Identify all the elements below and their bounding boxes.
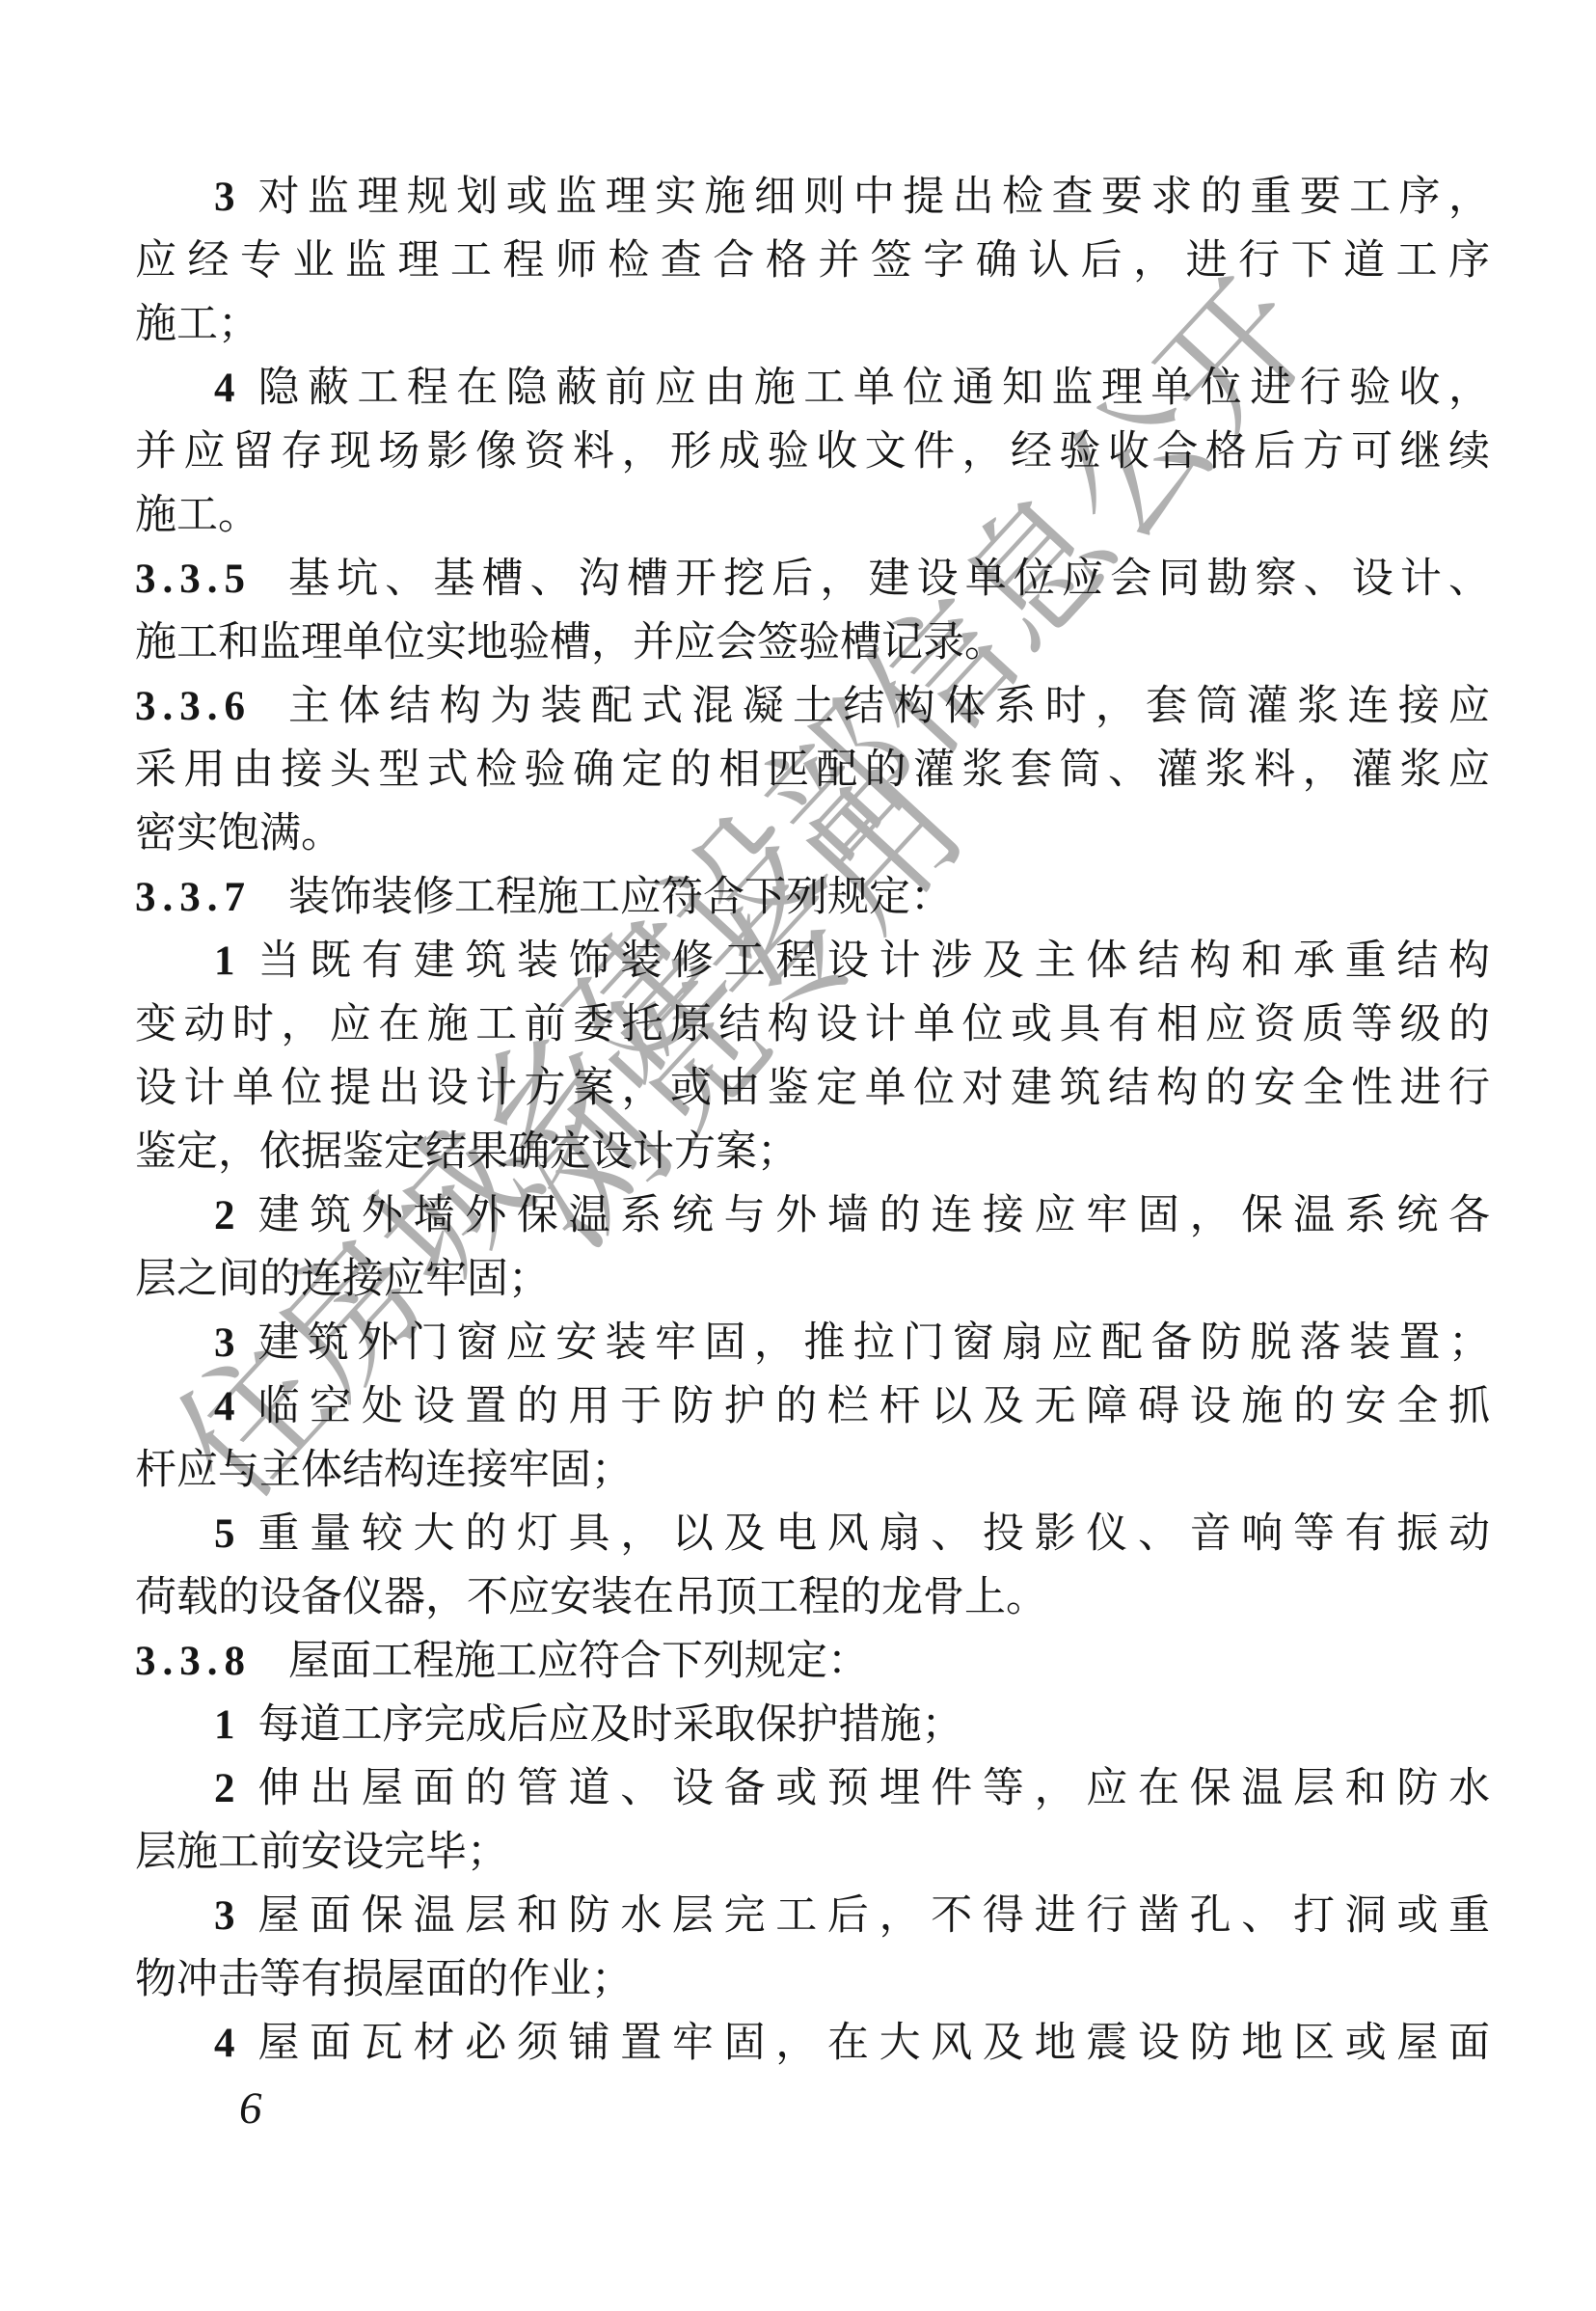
document-page: 住房城乡建设部信息公开 浏览专用 3 对监理规划或监理实施细则中提出检查要求的重… (0, 0, 1596, 2311)
text-line: 施工和监理单位实地验槽，并应会签验槽记录。 (135, 612, 1490, 675)
clause-text: 重量较大的灯具，以及电风扇、投影仪、音响等有振动 (258, 1503, 1491, 1566)
clause-text: 屋面工程施工应符合下列规定： (288, 1630, 869, 1694)
clause-text: 当既有建筑装饰装修工程设计涉及主体结构和承重结构 (258, 930, 1491, 993)
clause-text: 层之间的连接应牢固； (135, 1248, 550, 1312)
clause-number: 2 (214, 1184, 235, 1248)
clause-number: 3 (214, 1885, 235, 1948)
clause-text: 主体结构为装配式混凝土结构体系时，套筒灌浆连接应 (288, 675, 1490, 739)
clause-text: 屋面保温层和防水层完工后，不得进行凿孔、打洞或重 (258, 1885, 1491, 1948)
text-line: 并应留存现场影像资料，形成验收文件，经验收合格后方可继续 (135, 421, 1490, 484)
clause-text: 并应留存现场影像资料，形成验收文件，经验收合格后方可继续 (135, 421, 1490, 484)
text-line: 应经专业监理工程师检查合格并签字确认后，进行下道工序 (135, 230, 1490, 293)
clause-text: 采用由接头型式检验确定的相匹配的灌浆套筒、灌浆料，灌浆应 (135, 739, 1490, 802)
clause-text: 层施工前安设完毕； (135, 1821, 508, 1885)
text-line: 施工； (135, 293, 1490, 357)
text-line: 5 重量较大的灯具，以及电风扇、投影仪、音响等有振动 (135, 1503, 1490, 1566)
clause-number: 4 (214, 357, 235, 421)
clause-number: 3.3.7 (135, 866, 252, 930)
text-line: 2 建筑外墙外保温系统与外墙的连接应牢固，保温系统各 (135, 1184, 1490, 1248)
clause-text: 基坑、基槽、沟槽开挖后，建设单位应会同勘察、设计、 (288, 548, 1490, 612)
text-line: 4 屋面瓦材必须铺置牢固，在大风及地震设防地区或屋面 (135, 2012, 1490, 2076)
clause-text: 每道工序完成后应及时采取保护措施； (258, 1694, 963, 1757)
text-line: 3.3.6 主体结构为装配式混凝土结构体系时，套筒灌浆连接应 (135, 675, 1490, 739)
text-line: 1 当既有建筑装饰装修工程设计涉及主体结构和承重结构 (135, 930, 1490, 993)
text-line: 3.3.8 屋面工程施工应符合下列规定： (135, 1630, 1490, 1694)
clause-number: 4 (214, 1375, 235, 1439)
page-number: 6 (239, 2080, 262, 2137)
clause-text: 隐蔽工程在隐蔽前应由施工单位通知监理单位进行验收， (258, 357, 1491, 421)
clause-number: 3 (214, 166, 235, 230)
text-line: 物冲击等有损屋面的作业； (135, 1948, 1490, 2012)
text-line: 3 屋面保温层和防水层完工后，不得进行凿孔、打洞或重 (135, 1885, 1490, 1948)
clause-text: 设计单位提出设计方案，或由鉴定单位对建筑结构的安全性进行 (135, 1057, 1490, 1121)
clause-text: 鉴定，依据鉴定结果确定设计方案； (135, 1121, 798, 1184)
clause-number: 1 (214, 930, 235, 993)
clause-text: 对监理规划或监理实施细则中提出检查要求的重要工序， (258, 166, 1491, 230)
clause-number: 2 (214, 1757, 235, 1821)
clause-text: 建筑外墙外保温系统与外墙的连接应牢固，保温系统各 (258, 1184, 1491, 1248)
clause-text: 杆应与主体结构连接牢固； (135, 1439, 633, 1503)
text-line: 1 每道工序完成后应及时采取保护措施； (135, 1694, 1490, 1757)
text-line: 施工。 (135, 484, 1490, 548)
clause-number: 5 (214, 1503, 235, 1566)
document-body: 3 对监理规划或监理实施细则中提出检查要求的重要工序， 应经专业监理工程师检查合… (135, 166, 1490, 2076)
clause-number: 3.3.5 (135, 548, 252, 612)
clause-number: 4 (214, 2012, 235, 2076)
text-line: 采用由接头型式检验确定的相匹配的灌浆套筒、灌浆料，灌浆应 (135, 739, 1490, 802)
clause-text: 施工和监理单位实地验槽，并应会签验槽记录。 (135, 612, 1006, 675)
clause-text: 物冲击等有损屋面的作业； (135, 1948, 633, 2012)
text-line: 密实饱满。 (135, 802, 1490, 866)
text-line: 层之间的连接应牢固； (135, 1248, 1490, 1312)
clause-number: 3.3.6 (135, 675, 252, 739)
text-line: 杆应与主体结构连接牢固； (135, 1439, 1490, 1503)
text-line: 设计单位提出设计方案，或由鉴定单位对建筑结构的安全性进行 (135, 1057, 1490, 1121)
clause-text: 装饰装修工程施工应符合下列规定： (288, 866, 952, 930)
text-line: 荷载的设备仪器，不应安装在吊顶工程的龙骨上。 (135, 1566, 1490, 1630)
clause-text: 建筑外门窗应安装牢固，推拉门窗扇应配备防脱落装置； (258, 1312, 1491, 1375)
text-line: 4 临空处设置的用于防护的栏杆以及无障碍设施的安全抓 (135, 1375, 1490, 1439)
text-line: 2 伸出屋面的管道、设备或预埋件等，应在保温层和防水 (135, 1757, 1490, 1821)
text-line: 3.3.7 装饰装修工程施工应符合下列规定： (135, 866, 1490, 930)
clause-text: 荷载的设备仪器，不应安装在吊顶工程的龙骨上。 (135, 1566, 1047, 1630)
text-line: 3 对监理规划或监理实施细则中提出检查要求的重要工序， (135, 166, 1490, 230)
text-line: 变动时，应在施工前委托原结构设计单位或具有相应资质等级的 (135, 993, 1490, 1057)
clause-text: 伸出屋面的管道、设备或预埋件等，应在保温层和防水 (258, 1757, 1491, 1821)
text-line: 3.3.5 基坑、基槽、沟槽开挖后，建设单位应会同勘察、设计、 (135, 548, 1490, 612)
clause-text: 变动时，应在施工前委托原结构设计单位或具有相应资质等级的 (135, 993, 1490, 1057)
clause-text: 临空处设置的用于防护的栏杆以及无障碍设施的安全抓 (258, 1375, 1491, 1439)
clause-number: 3 (214, 1312, 235, 1375)
clause-number: 1 (214, 1694, 235, 1757)
text-line: 3 建筑外门窗应安装牢固，推拉门窗扇应配备防脱落装置； (135, 1312, 1490, 1375)
clause-text: 密实饱满。 (135, 802, 342, 866)
clause-number: 3.3.8 (135, 1630, 252, 1694)
clause-text: 应经专业监理工程师检查合格并签字确认后，进行下道工序 (135, 230, 1490, 293)
text-line: 鉴定，依据鉴定结果确定设计方案； (135, 1121, 1490, 1184)
text-line: 层施工前安设完毕； (135, 1821, 1490, 1885)
clause-text: 施工。 (135, 484, 259, 548)
text-line: 4 隐蔽工程在隐蔽前应由施工单位通知监理单位进行验收， (135, 357, 1490, 421)
clause-text: 屋面瓦材必须铺置牢固，在大风及地震设防地区或屋面 (258, 2012, 1491, 2076)
clause-text: 施工； (135, 293, 259, 357)
